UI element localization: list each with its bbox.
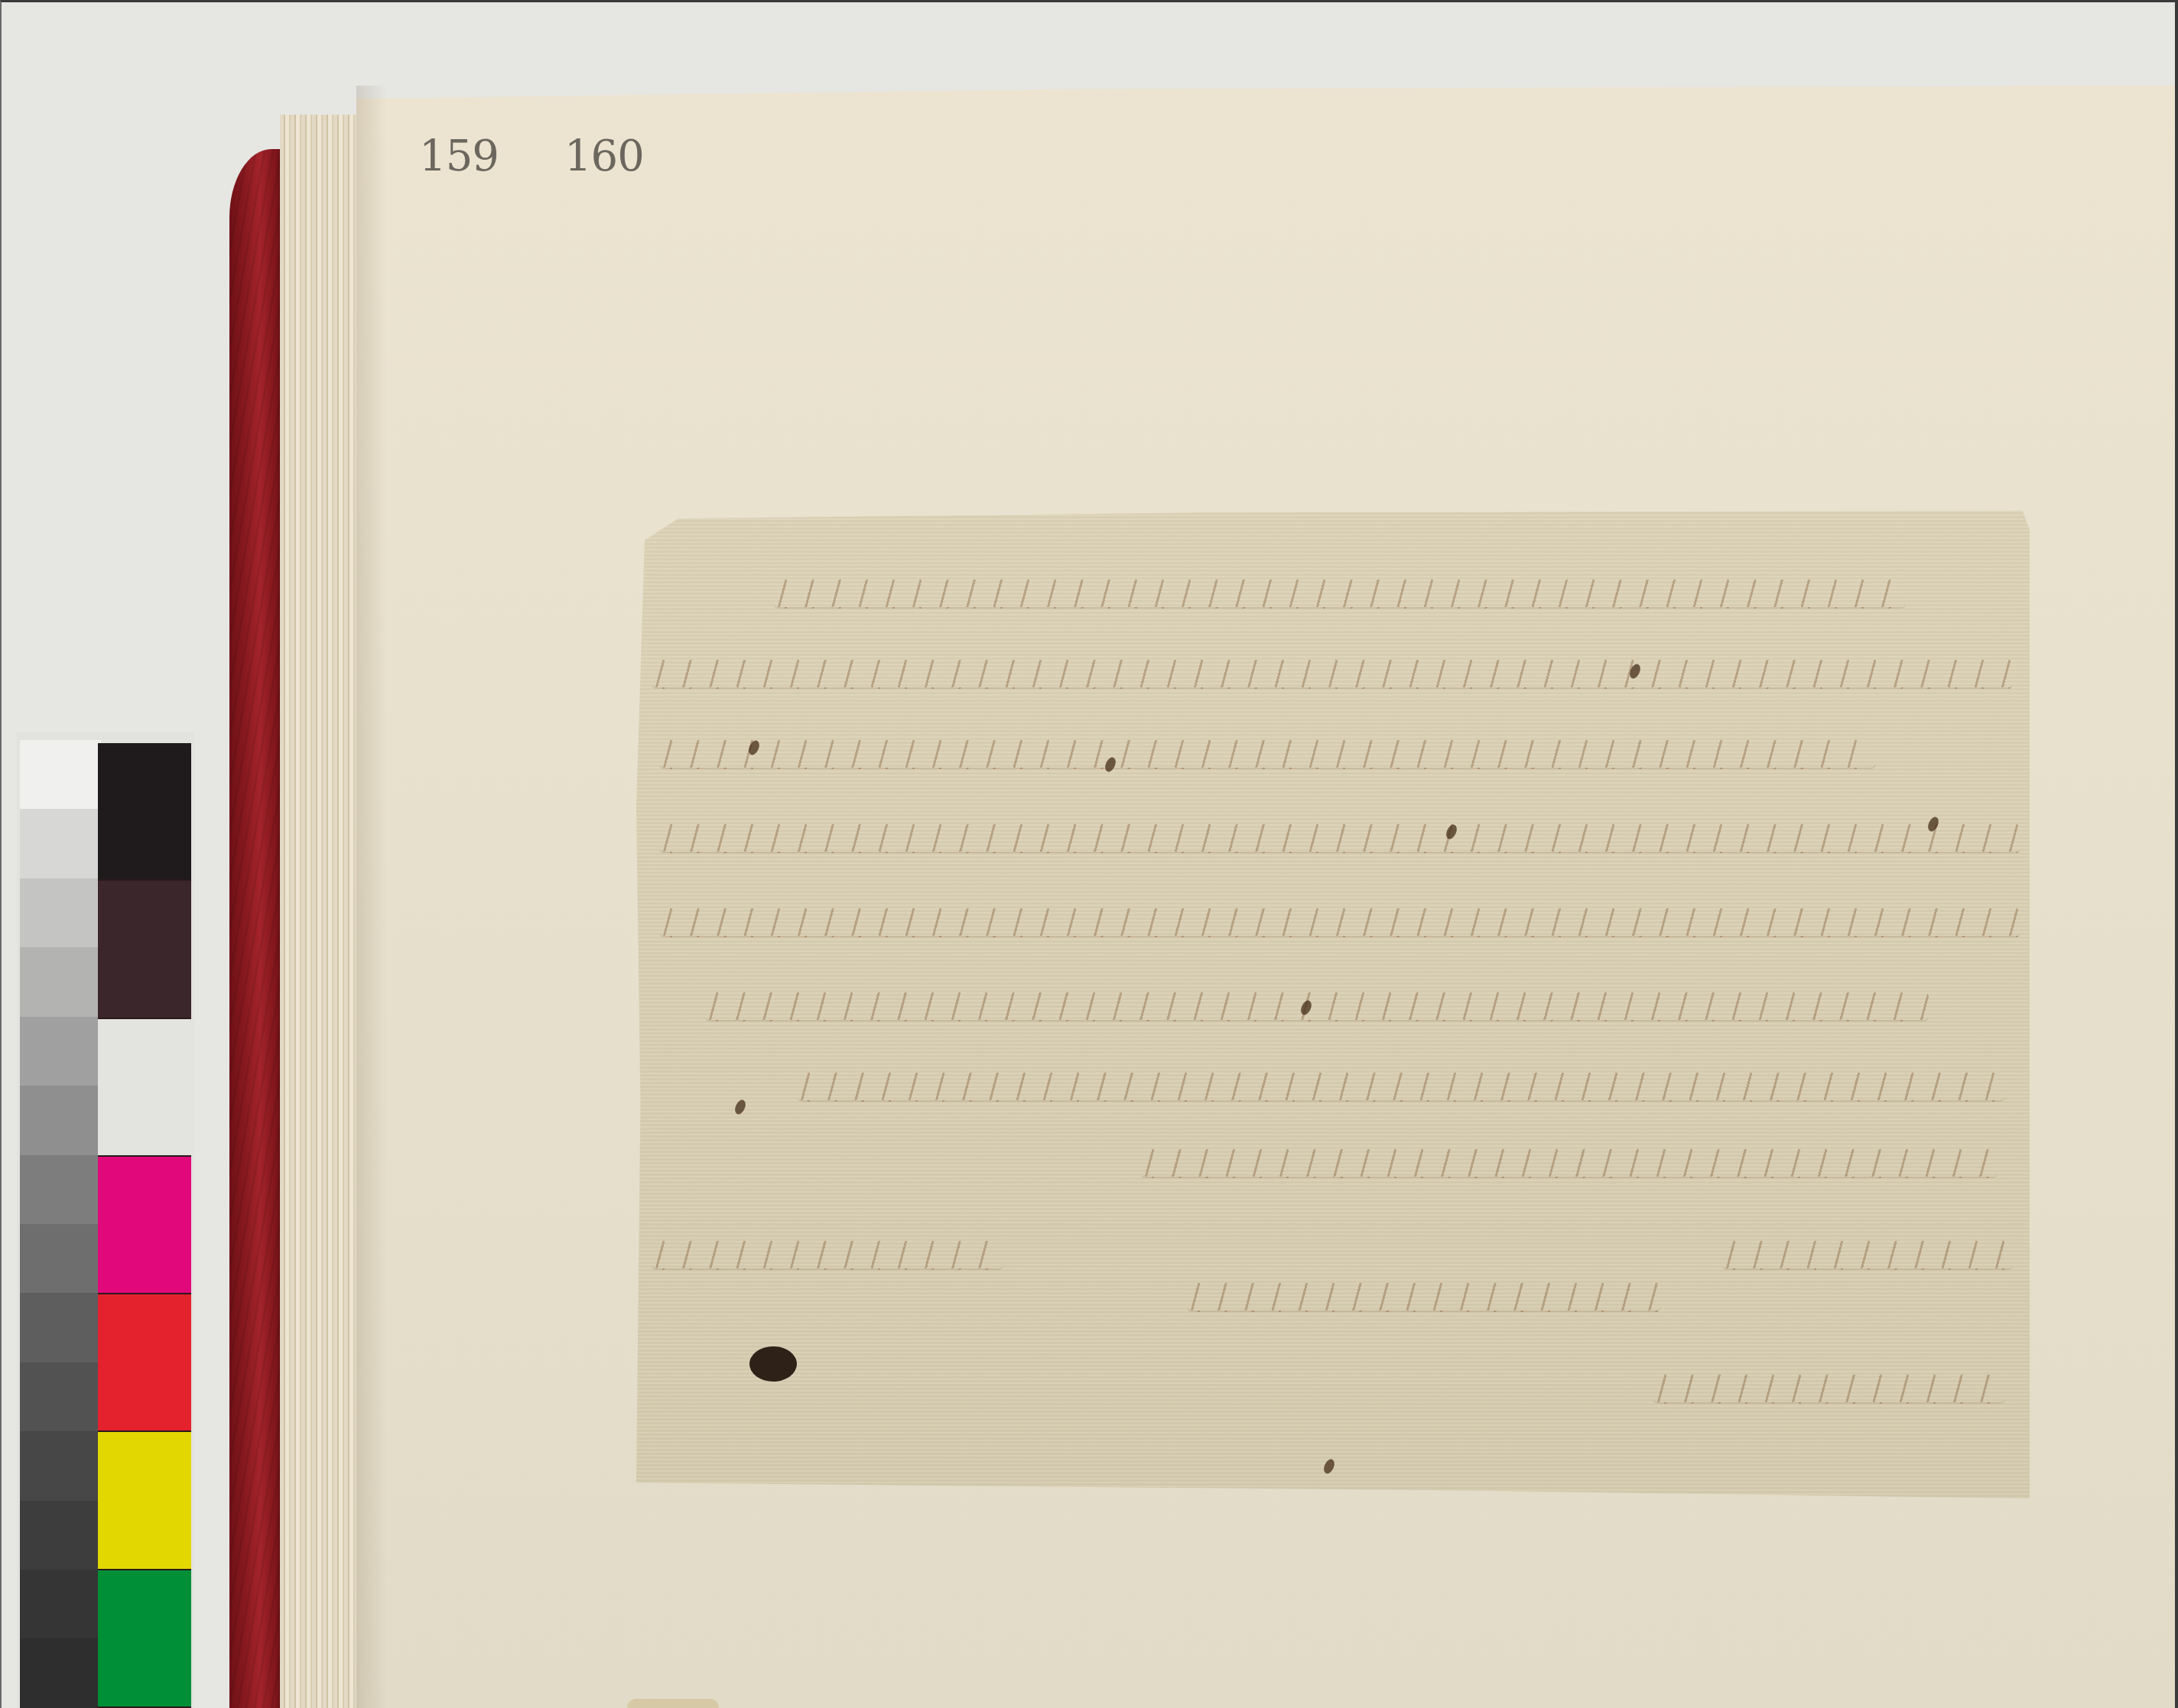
handwriting-line xyxy=(705,992,1929,1021)
ink-blot xyxy=(749,1346,797,1382)
page-number-right: 160 xyxy=(564,132,644,181)
handwriting-signature xyxy=(1187,1283,1661,1312)
color-patch xyxy=(98,1157,191,1294)
grey-patch xyxy=(20,1293,101,1362)
grey-patch xyxy=(20,1362,101,1431)
grey-patch xyxy=(20,1155,101,1224)
grey-patch xyxy=(20,1570,101,1638)
handwriting-line xyxy=(659,908,2020,937)
handwriting-line xyxy=(1653,1375,2005,1404)
handwriting-line xyxy=(659,824,2020,853)
color-patch-strip xyxy=(98,743,191,1708)
grey-patch xyxy=(20,1431,101,1500)
handwriting-line xyxy=(1722,1241,2013,1270)
grey-patch xyxy=(20,1017,101,1086)
handwriting-line xyxy=(797,1073,2005,1102)
page-numbers: 159 160 xyxy=(419,132,644,181)
color-calibration-target xyxy=(17,732,194,1708)
handwriting-line xyxy=(652,1241,1003,1270)
handwriting-line xyxy=(652,660,2013,689)
color-patch xyxy=(98,743,191,881)
ink-spot xyxy=(1321,1457,1336,1475)
mounted-manuscript: Mounted handwritten manuscript leaf, ink… xyxy=(636,511,2030,1499)
color-patch xyxy=(98,1570,191,1708)
color-patch xyxy=(98,881,191,1018)
handwriting-line xyxy=(1141,1149,1998,1178)
page-stack-edges xyxy=(280,115,364,1708)
grey-patch xyxy=(20,1224,101,1293)
grey-patch xyxy=(20,878,101,947)
grey-patch xyxy=(20,1086,101,1154)
ink-spot xyxy=(733,1098,747,1115)
handwriting-line xyxy=(774,580,1906,609)
next-page-edge xyxy=(627,1699,719,1708)
page-number-left: 159 xyxy=(419,132,499,181)
handwriting-line xyxy=(659,740,1875,769)
gutter-shadow xyxy=(356,86,387,1708)
grey-patch xyxy=(20,1638,101,1707)
color-patch xyxy=(98,1294,191,1432)
color-patch xyxy=(98,1432,191,1570)
color-patch xyxy=(98,1019,191,1157)
book-spine-red-leather xyxy=(229,149,284,1708)
grey-patch xyxy=(20,809,101,878)
grey-patch xyxy=(20,947,101,1016)
grey-patch xyxy=(20,1501,101,1570)
greyscale-strip xyxy=(20,740,101,1708)
grey-patch xyxy=(20,740,101,809)
